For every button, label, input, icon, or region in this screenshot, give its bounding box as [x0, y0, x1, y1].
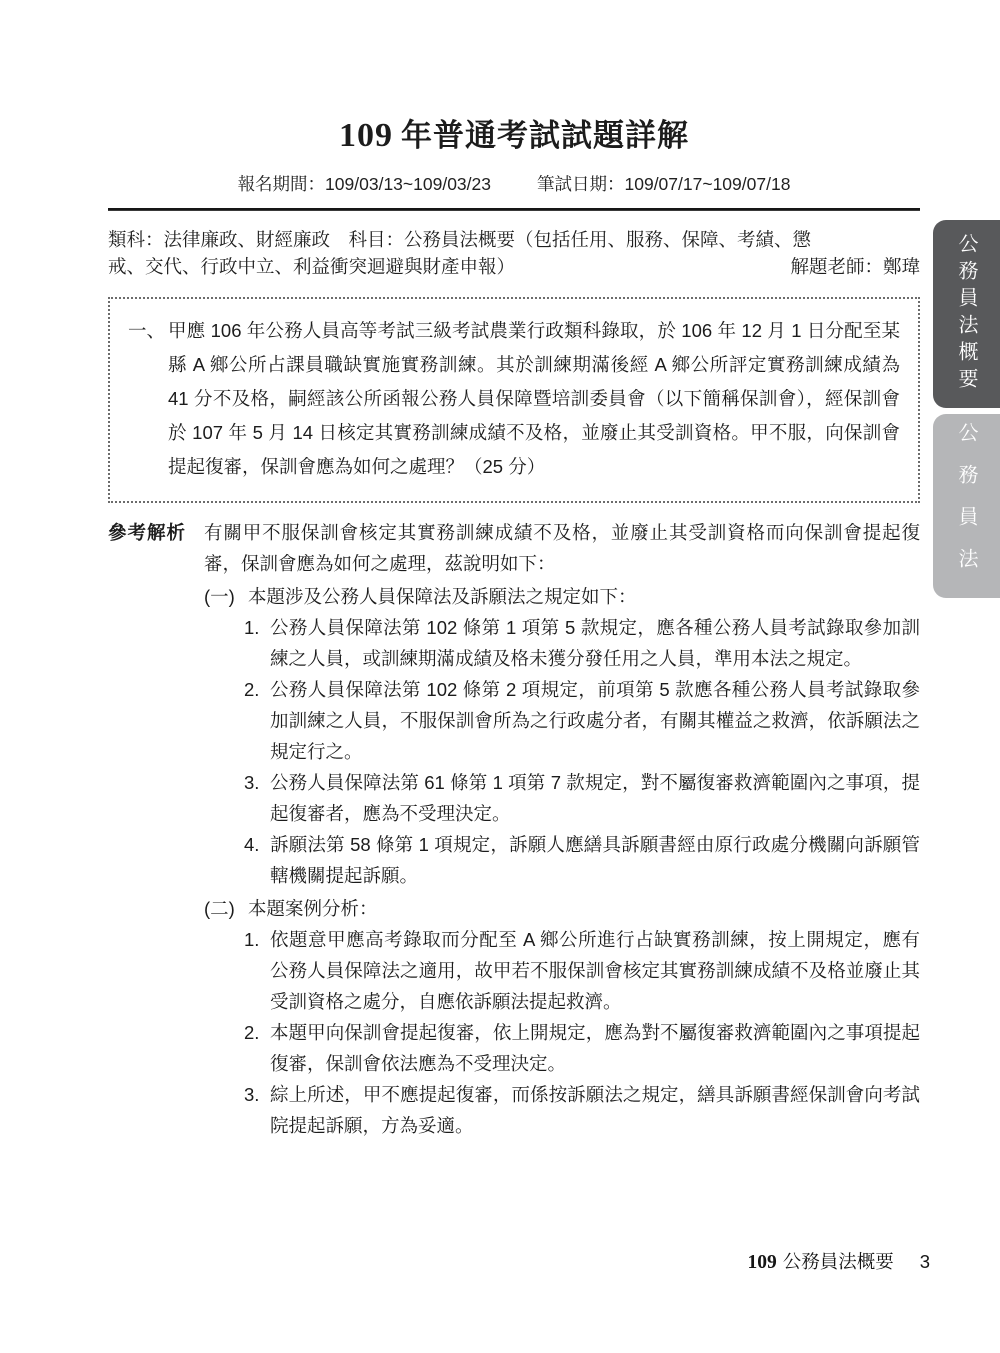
registration-period: 報名期間：109/03/13~109/03/23 [238, 171, 491, 196]
solution-item: 1. 依題意甲應高考錄取而分配至 A 鄉公所進行占缺實務訓練，按上開規定，應有公… [244, 924, 920, 1017]
item-number: 4. [244, 829, 270, 891]
solution-item: 4. 訴願法第 58 條第 1 項規定，訴願人應繕具訴願書經由原行政處分機關向訴… [244, 829, 920, 891]
item-text: 公務人員保障法第 102 條第 2 項規定，前項第 5 款應各種公務人員考試錄取… [270, 674, 920, 767]
item-number: 3. [244, 1079, 270, 1141]
footer-subject: 公務員法概要 [783, 1251, 894, 1272]
page: { "header": { "title_year": "109", "titl… [0, 0, 1000, 1353]
item-number: 1. [244, 924, 270, 1017]
item-text: 依題意甲應高考錄取而分配至 A 鄉公所進行占缺實務訓練，按上開規定，應有公務人員… [270, 924, 920, 1017]
solution-body: 有關甲不服保訓會核定其實務訓練成績不及格，並廢止其受訓資格而向保訓會提起復審，保… [204, 517, 920, 1141]
exam-dates-line: 報名期間：109/03/13~109/03/23 筆試日期：109/07/17~… [108, 171, 920, 196]
question-number: 一、 [128, 314, 168, 484]
section-marker: (二) [204, 893, 248, 924]
chapter-tab-inactive: 公務員法 [933, 414, 1000, 598]
solution-item: 1. 公務人員保障法第 102 條第 1 項第 5 款規定，應各種公務人員考試錄… [244, 612, 920, 674]
chapter-tab-label: 公務員法 [952, 422, 981, 590]
solution-item: 3. 綜上所述，甲不應提起復審，而係按訴願法之規定，繕具訴願書經保訓會向考試院提… [244, 1079, 920, 1141]
section-title: 本題涉及公務人員保障法及訴願法之規定如下： [248, 581, 920, 612]
page-content: 109年普通考試試題詳解 報名期間：109/03/13~109/03/23 筆試… [108, 0, 920, 1141]
footer-page-number: 3 [920, 1251, 930, 1272]
section-heading: (一) 本題涉及公務人員保障法及訴願法之規定如下： [204, 581, 920, 612]
subject-meta: 類科：法律廉政、財經廉政 科目：公務員法概要（包括任用、服務、保障、考績、懲 戒… [108, 226, 920, 280]
solution-section: 參考解析 有關甲不服保訓會核定其實務訓練成績不及格，並廢止其受訓資格而向保訓會提… [108, 517, 920, 1141]
solution-item: 3. 公務人員保障法第 61 條第 1 項第 7 款規定，對不屬復審救濟範圍內之… [244, 767, 920, 829]
title-text: 年普通考試試題詳解 [401, 118, 689, 153]
item-number: 1. [244, 612, 270, 674]
item-text: 本題甲向保訓會提起復審，依上開規定，應為對不屬復審救濟範圍內之事項提起復審，保訓… [270, 1017, 920, 1079]
item-text: 公務人員保障法第 61 條第 1 項第 7 款規定，對不屬復審救濟範圍內之事項，… [270, 767, 920, 829]
subject-meta-line2: 戒、交代、行政中立、利益衝突迴避與財產申報） 解題老師：鄭瑋 [108, 253, 920, 280]
solution-section-2: (二) 本題案例分析： 1. 依題意甲應高考錄取而分配至 A 鄉公所進行占缺實務… [204, 893, 920, 1141]
section-heading: (二) 本題案例分析： [204, 893, 920, 924]
chapter-tab-active: 公務員法概要 [933, 220, 1000, 408]
item-number: 2. [244, 674, 270, 767]
page-title: 109年普通考試試題詳解 [108, 110, 920, 155]
item-text: 綜上所述，甲不應提起復審，而係按訴願法之規定，繕具訴願書經保訓會向考試院提起訴願… [270, 1079, 920, 1141]
title-year: 109 [339, 117, 393, 154]
written-exam-date: 筆試日期：109/07/17~109/07/18 [537, 171, 790, 196]
solution-intro: 有關甲不服保訓會核定其實務訓練成績不及格，並廢止其受訓資格而向保訓會提起復審，保… [204, 517, 920, 579]
subject-meta-line2-text: 戒、交代、行政中立、利益衝突迴避與財產申報） [108, 253, 515, 280]
subject-meta-line1: 類科：法律廉政、財經廉政 科目：公務員法概要（包括任用、服務、保障、考績、懲 [108, 226, 920, 253]
item-number: 3. [244, 767, 270, 829]
solution-item: 2. 本題甲向保訓會提起復審，依上開規定，應為對不屬復審救濟範圍內之事項提起復審… [244, 1017, 920, 1079]
question-box: 一、 甲應 106 年公務人員高等考試三級考試農業行政類科錄取，於 106 年 … [108, 297, 920, 503]
solution-teacher: 解題老師：鄭瑋 [790, 253, 920, 280]
solution-section-1: (一) 本題涉及公務人員保障法及訴願法之規定如下： 1. 公務人員保障法第 10… [204, 581, 920, 891]
item-text: 訴願法第 58 條第 1 項規定，訴願人應繕具訴願書經由原行政處分機關向訴願管轄… [270, 829, 920, 891]
item-text: 公務人員保障法第 102 條第 1 項第 5 款規定，應各種公務人員考試錄取參加… [270, 612, 920, 674]
section-marker: (一) [204, 581, 248, 612]
section-title: 本題案例分析： [248, 893, 920, 924]
chapter-tab-label: 公務員法概要 [952, 233, 981, 395]
question-row: 一、 甲應 106 年公務人員高等考試三級考試農業行政類科錄取，於 106 年 … [128, 314, 900, 484]
footer-year: 109 [747, 1252, 776, 1273]
page-footer: 109公務員法概要3 [747, 1248, 930, 1274]
solution-item: 2. 公務人員保障法第 102 條第 2 項規定，前項第 5 款應各種公務人員考… [244, 674, 920, 767]
item-number: 2. [244, 1017, 270, 1079]
solution-label: 參考解析 [108, 517, 204, 1141]
header-divider [108, 208, 920, 211]
question-text: 甲應 106 年公務人員高等考試三級考試農業行政類科錄取，於 106 年 12 … [168, 314, 900, 484]
